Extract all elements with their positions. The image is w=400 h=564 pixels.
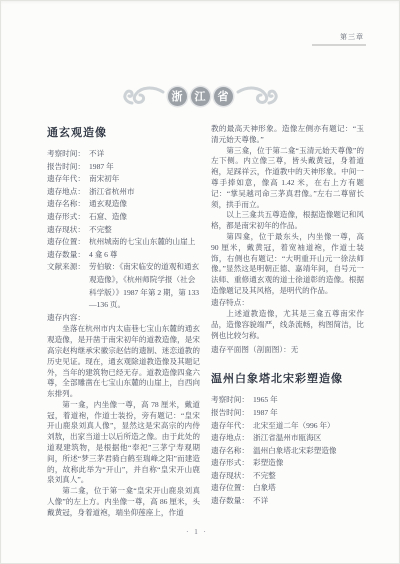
meta-value: 浙江省温州市瓯海区 [253,432,364,445]
meta-row: 遗存位置： 杭州城南的七宝山东麓的山崖上 [47,236,200,249]
meta-value: 石窟、造像 [89,211,200,224]
meta-value: 白象塔 [253,482,364,495]
meta-value: 4 龛 6 尊 [89,249,200,262]
meta-label: 遗存名称： [47,198,89,211]
two-column-text-block: 通玄观造像 考察时间： 不详 报告时间： 1987 年 遗存年代： 南宋初年 遗… [47,124,365,522]
meta-value: 温州白象塔北宋彩塑造像 [253,445,364,458]
cloud-scroll-icon-right [236,84,280,108]
meta-value: 彩塑造像 [253,457,364,470]
running-head-rule [312,44,366,46]
banner-char-circle: 江 [191,87,210,106]
features-label: 遗存特点： [211,297,364,310]
right-column: 教的最高天神形象。造像左侧亦有题记：“玉清元始天尊像。” 第三龛，位于第二龛“玉… [211,124,364,522]
meta-row: 遗存数量： 4 龛 6 尊 [47,249,200,262]
meta-label: 遗存年代： [47,173,89,186]
meta-value: 北宋至道二年（996 年） [253,420,364,433]
meta-label: 遗存位置： [47,236,89,249]
cloud-scroll-icon-left [121,84,165,108]
meta-label: 遗存地点： [47,186,89,199]
paragraph: 第三龛，位于第二龛“玉清元始天尊像”的左下侧。内立像三尊，皆头戴黄冠，身着道袍，… [211,146,364,211]
meta-value: 不完整 [89,224,200,237]
paragraph: 第四龛，位于最东头，内坐像一尊，高 90 厘米，戴黄冠，着宽袖道袍，作道士装饰，… [211,232,364,297]
paragraph: 第二龛，位于第一龛“皇宋开山鹿泉刘真人像”的左上方。内坐像一尊，高 86 厘米，… [47,486,200,518]
meta-value: 不详 [89,148,200,161]
meta-label: 考察时间： [47,148,89,161]
meta-label: 遗存名称： [211,445,253,458]
meta-row: 考察时间： 不详 [47,148,200,161]
meta-label: 遗存形式： [211,457,253,470]
meta-value: 浙江省杭州市 [89,186,200,199]
meta-label: 遗存数量： [211,495,253,508]
meta-value: 不完整 [253,470,364,483]
meta-label: 考察时间： [211,394,253,407]
meta-label: 遗存形式： [47,211,89,224]
paragraph: 以上三龛共五尊造像，根据造像题记和风格，都是南宋初年的作品。 [211,210,364,232]
running-head-chapter: 第三章 [340,32,364,42]
meta-value: 1965 年 [253,394,364,407]
meta-row: 报告时间： 1987 年 [211,407,364,420]
meta-row: 遗存数量： 不详 [211,495,364,508]
meta-value: 劳伯敏：《南宋临安的道观和通玄观造像》，《杭州师院学报（社会科学版）》1987 … [89,261,200,311]
meta-row: 遗存名称： 温州白象塔北宋彩塑造像 [211,445,364,458]
banner-char: 江 [195,88,206,104]
meta-value: 通玄观造像 [89,198,200,211]
province-banner: 浙 江 省 [0,84,400,108]
meta-row: 遗存名称： 通玄观造像 [47,198,200,211]
meta-label: 报告时间： [211,407,253,420]
meta-row: 遗存地点： 浙江省温州市瓯海区 [211,432,364,445]
paragraph: 坐落在杭州市内太庙巷七宝山东麓的通玄观造像，是开凿于南宋初年的道教造像，是宋高宗… [47,324,200,400]
meta-value: 杭州城南的七宝山东麓的山崖上 [89,236,200,249]
banner-char-circle: 省 [214,87,233,106]
features-paragraph: 上述道教造像，尤其是三龛五尊南宋作品，造像容貌端严，线条流畅，构图简洁，比例也比… [211,309,364,341]
meta-value: 不详 [253,495,364,508]
plan-line: 遗存平面图（剖面图）：无 [211,344,364,357]
meta-row: 遗存现状： 不完整 [211,470,364,483]
meta-row: 报告时间： 1987 年 [47,161,200,174]
section-title-baixiangta: 温州白象塔北宋彩塑造像 [211,370,364,386]
meta-row: 遗存形式： 石窟、造像 [47,211,200,224]
meta-value: 1987 年 [253,407,364,420]
meta-label: 遗存位置： [211,482,253,495]
meta-row: 遗存形式： 彩塑造像 [211,457,364,470]
meta-row-source: 文献来源： 劳伯敏：《南宋临安的道观和通玄观造像》，《杭州师院学报（社会科学版）… [47,261,200,311]
banner-char: 省 [218,88,229,104]
meta-row: 遗存年代： 北宋至道二年（996 年） [211,420,364,433]
meta-label: 遗存年代： [211,420,253,433]
meta-label: 遗存现状： [47,224,89,237]
meta-row: 遗存位置： 白象塔 [211,482,364,495]
meta-label: 遗存数量： [47,249,89,262]
meta-row: 遗存年代： 南宋初年 [47,173,200,186]
meta-row: 考察时间： 1965 年 [211,394,364,407]
meta-label: 遗存地点： [211,432,253,445]
meta-label: 文献来源： [47,261,89,311]
page-number: · 1 · [47,528,347,536]
scanned-book-page: 第三章 浙 江 省 通玄观造像 [0,0,400,564]
banner-char: 浙 [172,88,183,104]
meta-value: 南宋初年 [89,173,200,186]
paragraph-continuation: 教的最高天神形象。造像左侧亦有题记：“玉清元始天尊像。” [211,124,364,146]
section-title-tongxuanguan: 通玄观造像 [47,124,200,140]
meta-label: 报告时间： [47,161,89,174]
left-column: 通玄观造像 考察时间： 不详 报告时间： 1987 年 遗存年代： 南宋初年 遗… [47,124,200,522]
meta-row: 遗存现状： 不完整 [47,224,200,237]
meta-label: 遗存现状： [211,470,253,483]
banner-char-circle: 浙 [168,87,187,106]
paragraph: 第一龛，内坐像一尊，高 78 厘米，戴道冠，着道袍，作道士装扮，旁有题记：“皇宋… [47,400,200,486]
content-label: 遗存内容： [47,312,200,325]
meta-value: 1987 年 [89,161,200,174]
meta-row: 遗存地点： 浙江省杭州市 [47,186,200,199]
